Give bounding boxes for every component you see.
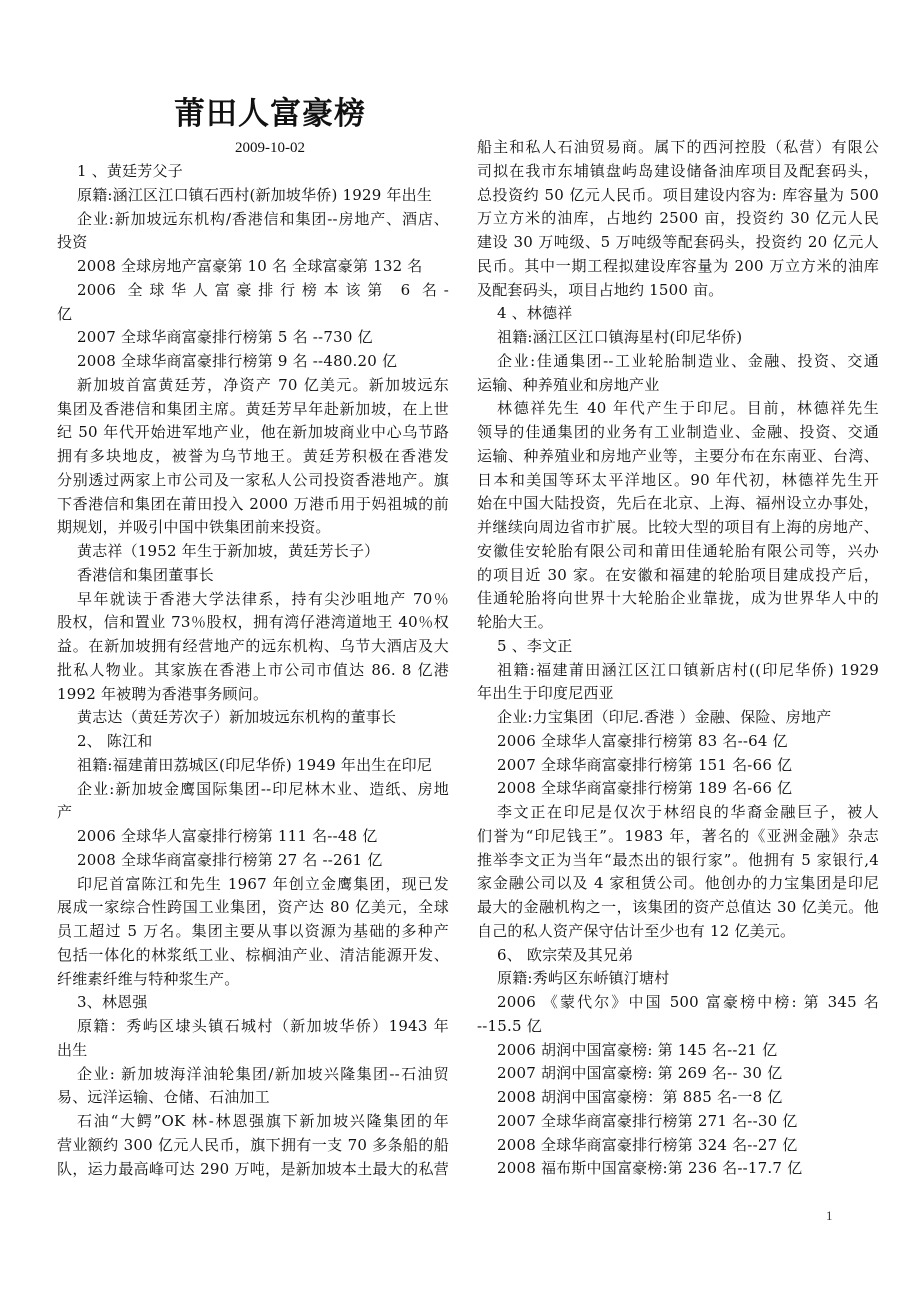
text-line: 新加坡首富黄廷芳，净资产 70 亿美元。新加坡远东	[77, 375, 449, 395]
text-line: 亿	[57, 304, 72, 324]
text-line: 石油“大鳄”OK 林-林恩强旗下新加坡兴隆集团的年	[77, 1111, 449, 1131]
text-line: 队，运力最高峰可达 290 万吨，是新加坡本土最大的私营	[57, 1159, 449, 1179]
page-number: 1	[826, 1208, 833, 1224]
text-line: 2008 全球华商富豪排行榜第 27 名 --261 亿	[77, 850, 382, 870]
text-line: 2007 全球华商富豪排行榜第 5 名 --730 亿	[77, 327, 373, 347]
text-line: 股权，信和置业 73％股权，拥有湾仔港湾道地王 40％权	[57, 612, 449, 632]
text-line: 万立方米的油库，占地约 2500 亩，投资约 30 亿元人民币;	[477, 208, 879, 228]
text-line: 2006 胡润中国富豪榜: 第 145 名--21 亿	[497, 1040, 777, 1060]
text-line: 推举李文正为当年“最杰出的银行家”。他拥有 5 家银行,4	[477, 850, 879, 870]
text-line: 分别透过两家上市公司及一家私人公司投资香港地产。旗	[57, 470, 449, 490]
text-line: 林德祥先生 40 年代产生于印尼。目前，林德祥先生	[497, 398, 879, 418]
text-line: 船主和私人石油贸易商。属下的西河控股（私营）有限公	[477, 137, 879, 157]
text-line: 2006 全球华人富豪排行榜第 111 名--48 亿	[77, 826, 378, 846]
text-line: 纪 50 年代开始进军地产业，他在新加坡商业中心乌节路	[57, 422, 449, 442]
text-line: 民币。其中一期工程拟建设库容量为 200 万立方米的油库	[477, 256, 879, 276]
text-line: 运输、种养殖业和房地产业	[477, 375, 659, 395]
text-line: 6、 欧宗荣及其兄弟	[497, 945, 633, 965]
text-line: 李文正在印尼是仅次于林绍良的华裔金融巨子，被人	[497, 802, 879, 822]
text-line: 祖籍:福建莆田涵江区江口镇新店村((印尼华侨) 1929	[497, 660, 879, 680]
text-line: 原籍：秀屿区埭头镇石城村（新加坡华侨）1943 年	[77, 1016, 449, 1036]
document-date: 2009-10-02	[0, 140, 540, 157]
text-line: 2007 胡润中国富豪榜: 第 269 名-- 30 亿	[497, 1063, 782, 1083]
text-line: 包括一体化的林浆纸工业、棕榈油产业、清洁能源开发、	[57, 945, 449, 965]
text-line: 拥有多块地皮，被誉为乌节地王。黄廷芳积极在香港发展，	[57, 446, 449, 466]
text-line: 展成一家综合性跨国工业集团，资产达 80 亿美元，全球	[57, 897, 449, 917]
text-line: 3、林恩强	[77, 992, 148, 1012]
text-line: 始在中国大陆投资，先后在北京、上海、福州设立办事处，	[477, 493, 879, 513]
text-line: 建设 30 万吨级、5 万吨级等配套码头，投资约 20 亿元人	[477, 232, 879, 252]
text-line: 企业:新加坡远东机构/香港信和集团--房地产、酒店、	[77, 209, 449, 229]
text-line: 印尼首富陈江和先生 1967 年创立金鹰集团，现已发	[77, 874, 449, 894]
text-line: 企业: 新加坡海洋油轮集团/新加坡兴隆集团--石油贸	[77, 1064, 449, 1084]
text-line: 黄志祥（1952 年生于新加坡，黄廷芳长子）	[77, 541, 379, 561]
text-line: 家金融公司以及 4 家租赁公司。他创办的力宝集团是印尼	[477, 873, 879, 893]
text-line: 批私人物业。其家族在香港上市公司市值达 86. 8 亿港元。	[57, 660, 449, 680]
text-line: 总投资约 50 亿元人民币。项目建设内容为: 库容量为 500	[477, 185, 879, 205]
text-line: 营业额约 300 亿元人民币，旗下拥有一支 70 多条船的船	[57, 1135, 449, 1155]
text-line: 们誉为“印尼钱王”。1983 年，著名的《亚洲金融》杂志	[477, 826, 879, 846]
text-line: --15.5 亿	[477, 1016, 542, 1036]
text-line: 4 、林德祥	[497, 303, 573, 323]
text-line: 易、远洋运输、仓储、石油加工	[57, 1087, 270, 1107]
text-line: 2008 胡润中国富豪榜：第 885 名-一8 亿	[497, 1087, 783, 1107]
text-line: 早年就读于香港大学法律系，持有尖沙咀地产 70％	[77, 589, 449, 609]
text-line: 2008 全球华商富豪排行榜第 324 名--27 亿	[497, 1135, 798, 1155]
text-line: 轮胎大王。	[477, 612, 553, 632]
text-line: 自己的私人资产保守估计至少也有 12 亿美元。	[477, 921, 795, 941]
text-line: 1 、黄廷芳父子	[77, 161, 183, 181]
text-line: 香港信和集团董事长	[77, 565, 214, 585]
text-line: 员工超过 5 万名。集团主要从事以资源为基础的多种产业，	[57, 921, 449, 941]
text-line: 集团及香港信和集团主席。黄廷芳早年赴新加坡，在上世	[57, 399, 449, 419]
text-line: 2、 陈江和	[77, 731, 153, 751]
text-line: 益。在新加坡拥有经营地产的远东机构、乌节大酒店及大	[57, 636, 449, 656]
text-line: 祖籍:涵江区江口镇海星村(印尼华侨)	[497, 327, 742, 347]
text-line: 纤维素纤维与特种浆生产。	[57, 969, 239, 989]
text-line: 企业:新加坡金鹰国际集团--印尼林木业、造纸、房地	[77, 779, 449, 799]
text-line: 并继续向周边省市扩展。比较大型的项目有上海的房地产、	[477, 517, 879, 537]
text-line: 2006 全球华人富豪排行榜本该第 6 名--256+176=432	[77, 280, 449, 300]
text-line: 及配套码头，项目占地约 1500 亩。	[477, 280, 724, 300]
text-line: 企业:力宝集团（印尼.香港 ）金融、保险、房地产	[497, 707, 831, 727]
text-line: 2008 全球华商富豪排行榜第 9 名 --480.20 亿	[77, 351, 397, 371]
text-line: 出生	[57, 1040, 87, 1060]
text-line: 安徽佳安轮胎有限公司和莆田佳通轮胎有限公司等，兴办	[477, 541, 879, 561]
text-line: 下香港信和集团在莆田投入 2000 万港币用于妈祖城的前	[57, 494, 449, 514]
text-line: 2008 全球华商富豪排行榜第 189 名-66 亿	[497, 778, 792, 798]
text-line: 佳通轮胎将向世界十大轮胎企业靠拢，成为世界华人中的	[477, 588, 879, 608]
text-line: 领导的佳通集团的业务有工业制造业、金融、投资、交通	[477, 422, 879, 442]
text-line: 的项目近 30 家。在安徽和福建的轮胎项目建成投产后，	[477, 565, 879, 585]
text-line: 期规划，并吸引中国中铁集团前来投资。	[57, 517, 331, 537]
text-line: 产	[57, 802, 72, 822]
text-line: 企业:佳通集团--工业轮胎制造业、金融、投资、交通	[497, 351, 879, 371]
text-line: 最大的金融机构之一，该集团的资产总值达 30 亿美元。他	[477, 897, 879, 917]
text-line: 2008 全球房地产富豪第 10 名 全球富豪第 132 名	[77, 256, 423, 276]
text-line: 黄志达（黄廷芳次子）新加坡远东机构的董事长	[77, 707, 396, 727]
text-line: 2008 福布斯中国富豪榜:第 236 名--17.7 亿	[497, 1158, 802, 1178]
text-line: 投资	[57, 232, 87, 252]
text-line: 2007 全球华商富豪排行榜第 271 名--30 亿	[497, 1111, 798, 1131]
document-title: 莆田人富豪榜	[0, 88, 540, 133]
text-line: 2007 全球华商富豪排行榜第 151 名-66 亿	[497, 755, 792, 775]
text-line: 祖籍:福建莆田荔城区(印尼华侨) 1949 年出生在印尼	[77, 755, 432, 775]
text-line: 日本和美国等环太平洋地区。90 年代初，林德祥先生开	[477, 470, 879, 490]
text-line: 2006 《蒙代尔》中国 500 富豪榜中榜: 第 345 名	[497, 992, 879, 1012]
text-line: 1992 年被聘为香港事务顾问。	[57, 684, 268, 704]
text-line: 原籍:涵江区江口镇石西村(新加坡华侨) 1929 年出生	[77, 185, 432, 205]
text-line: 年出生于印度尼西亚	[477, 683, 614, 703]
text-line: 原籍:秀屿区东峤镇汀塘村	[497, 968, 669, 988]
text-line: 司拟在我市东埔镇盘屿岛建设储备油库项目及配套码头，	[477, 161, 879, 181]
text-line: 2006 全球华人富豪排行榜第 83 名--64 亿	[497, 731, 788, 751]
text-line: 5 、李文正	[497, 636, 573, 656]
text-line: 运输、种养殖业和房地产业等，主要分布在东南亚、台湾、	[477, 446, 879, 466]
